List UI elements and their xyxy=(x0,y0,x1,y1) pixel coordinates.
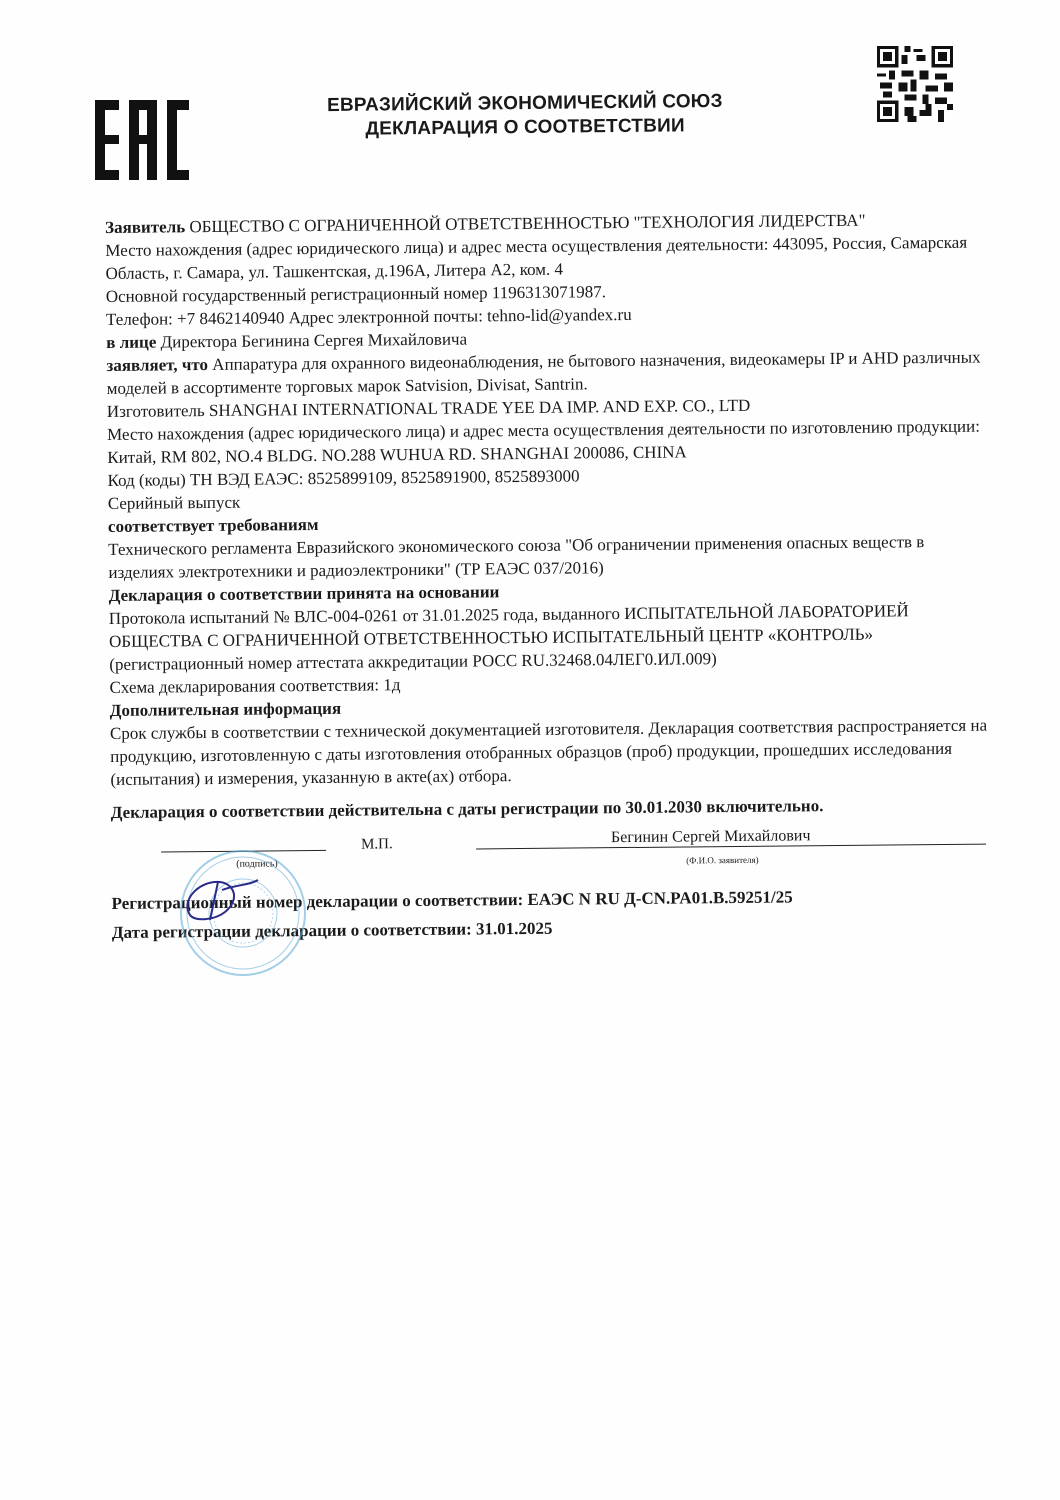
represented-by-value: Директора Бегинина Сергея Михайловича xyxy=(160,330,467,352)
eac-logo-icon xyxy=(95,100,190,180)
header-union-title: ЕВРАЗИЙСКИЙ ЭКОНОМИЧЕСКИЙ СОЮЗ xyxy=(290,90,760,119)
declares-value: Аппаратура для охранного видеонаблюдения… xyxy=(107,348,981,398)
additional-info-value: Срок службы в соответствии с технической… xyxy=(110,714,991,791)
header-declaration-title: ДЕКЛАРАЦИЯ О СООТВЕТСТВИИ xyxy=(290,114,760,143)
declaration-body: Заявитель ОБЩЕСТВО С ОГРАНИЧЕННОЙ ОТВЕТС… xyxy=(105,208,992,944)
qr-code-icon xyxy=(877,46,953,122)
represented-by-label: в лице xyxy=(106,333,156,352)
declaration-page: ЕВРАЗИЙСКИЙ ЭКОНОМИЧЕСКИЙ СОЮЗ ДЕКЛАРАЦИ… xyxy=(0,0,1060,1500)
basis-value: Протокола испытаний № ВЛС-004-0261 от 31… xyxy=(109,599,990,676)
document-header: ЕВРАЗИЙСКИЙ ЭКОНОМИЧЕСКИЙ СОЮЗ ДЕКЛАРАЦИ… xyxy=(290,90,760,143)
applicant-label: Заявитель xyxy=(105,217,185,237)
signatory-name-caption: (Ф.И.О. заявителя) xyxy=(686,849,759,873)
signature-icon xyxy=(180,870,270,930)
seal-place-label: М.П. xyxy=(361,833,393,856)
declares-label: заявляет, что xyxy=(106,355,208,375)
